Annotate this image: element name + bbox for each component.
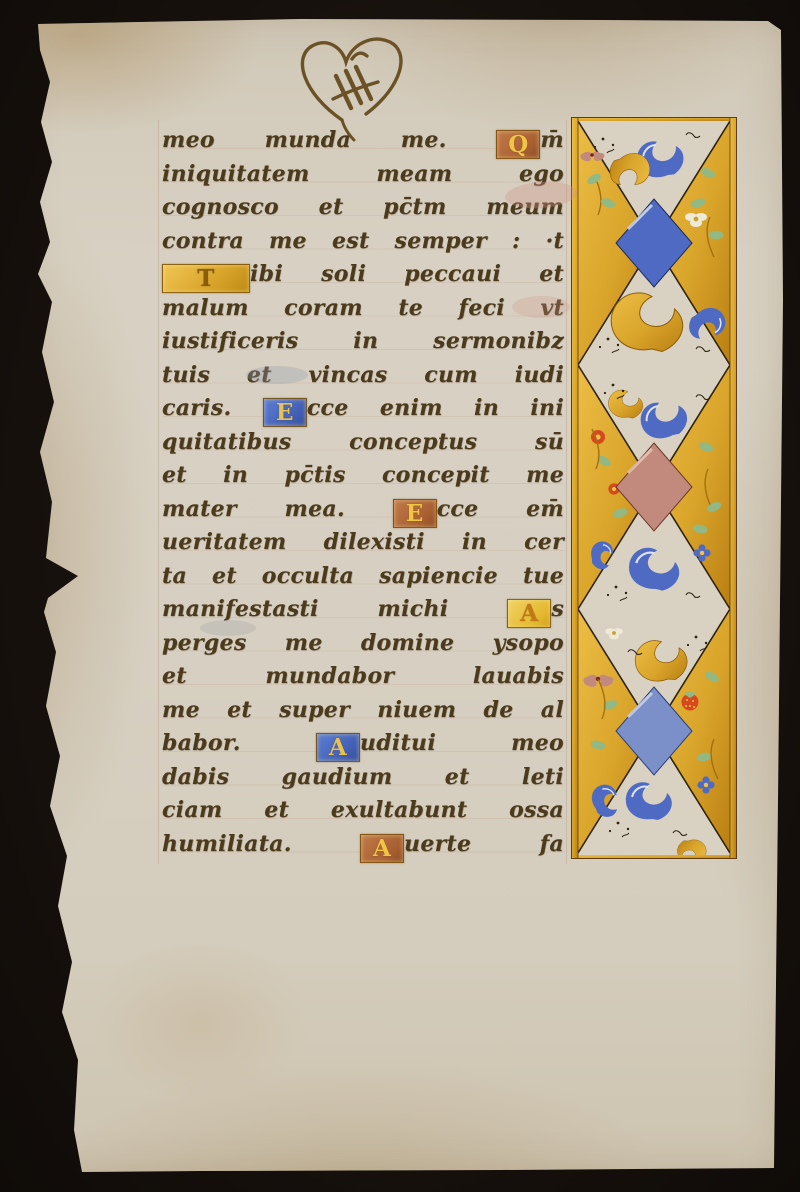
text-line: manifestasti michi As <box>162 593 564 627</box>
illuminated-initial: A <box>360 834 404 863</box>
text-line: ciam et exultabunt ossa <box>162 794 564 828</box>
text-line: quitatibus conceptus sū <box>162 426 564 460</box>
text-segment: tuis et vincas cum iudi <box>162 362 564 388</box>
text-segment: manifestasti michi <box>162 596 507 622</box>
text-segment: quitatibus conceptus sū <box>162 429 564 455</box>
text-line: iniquitatem meam ego <box>162 158 564 192</box>
text-segment: contra me est semper : ·t <box>162 228 564 254</box>
illuminated-initial: A <box>507 599 551 628</box>
text-line: perges me domine ysopo <box>162 627 564 661</box>
text-line: babor. Auditui meo <box>162 727 564 761</box>
text-segment: m̄ <box>540 127 564 153</box>
text-segment: me et super niuem de al <box>162 697 564 723</box>
text-line: ueritatem dilexisti in cer <box>162 526 564 560</box>
text-segment: et in pc̄tis concepit me <box>162 462 564 488</box>
text-line: me et super niuem de al <box>162 694 564 728</box>
illuminated-initial: Q <box>496 130 540 159</box>
text-line: malum coram te feci vt <box>162 292 564 326</box>
text-segment: uerte fa <box>404 831 564 857</box>
text-segment: cce enim in ini <box>307 395 564 421</box>
text-segment: malum coram te feci vt <box>162 295 564 321</box>
text-line: iustificeris in sermonibz <box>162 325 564 359</box>
illuminated-initial: T <box>162 264 250 293</box>
text-segment: iniquitatem meam ego <box>162 161 564 187</box>
text-segment: s <box>551 596 564 622</box>
ruling-line-right <box>566 120 567 864</box>
illuminated-initial: E <box>263 398 307 427</box>
illuminated-border <box>568 117 740 859</box>
text-segment: ueritatem dilexisti in cer <box>162 529 564 555</box>
text-line: ta et occulta sapiencie tue <box>162 560 564 594</box>
text-line: Tibi soli peccaui et <box>162 258 564 292</box>
text-line: et mundabor lauabis <box>162 660 564 694</box>
text-segment: ta et occulta sapiencie tue <box>162 563 564 589</box>
text-segment: caris. <box>162 395 263 421</box>
text-segment: iustificeris in sermonibz <box>162 328 564 354</box>
illuminated-initial: A <box>316 733 360 762</box>
heart-doodle-icon <box>278 14 438 142</box>
text-segment: ibi soli peccaui et <box>250 261 564 287</box>
text-segment: cce em̄ <box>437 496 564 522</box>
text-segment: et mundabor lauabis <box>162 663 564 689</box>
text-segment: babor. <box>162 730 316 756</box>
text-line: et in pc̄tis concepit me <box>162 459 564 493</box>
text-segment: humiliata. <box>162 831 360 857</box>
text-segment: uditui meo <box>360 730 564 756</box>
text-line: tuis et vincas cum iudi <box>162 359 564 393</box>
text-line: dabis gaudium et leti <box>162 761 564 795</box>
text-line: contra me est semper : ·t <box>162 225 564 259</box>
text-line: caris. Ecce enim in ini <box>162 392 564 426</box>
ruling-line-left <box>158 120 159 864</box>
text-line: meo munda me. Qm̄ <box>162 124 564 158</box>
text-line: humiliata. Auerte fa <box>162 828 564 862</box>
illuminated-initial: E <box>393 499 437 528</box>
text-segment: ciam et exultabunt ossa <box>162 797 564 823</box>
text-block: meo munda me. Qm̄iniquitatem meam egocog… <box>162 124 564 861</box>
text-segment: dabis gaudium et leti <box>162 764 564 790</box>
text-segment: meo munda me. <box>162 127 496 153</box>
text-line: mater mea. Ecce em̄ <box>162 493 564 527</box>
manuscript-leaf: meo munda me. Qm̄iniquitatem meam egocog… <box>0 0 800 1192</box>
text-segment: perges me domine ysopo <box>162 630 564 656</box>
tan-stain <box>90 940 310 1100</box>
text-segment: cognosco et pc̄tm meum <box>162 194 564 220</box>
text-line: cognosco et pc̄tm meum <box>162 191 564 225</box>
text-segment: mater mea. <box>162 496 393 522</box>
